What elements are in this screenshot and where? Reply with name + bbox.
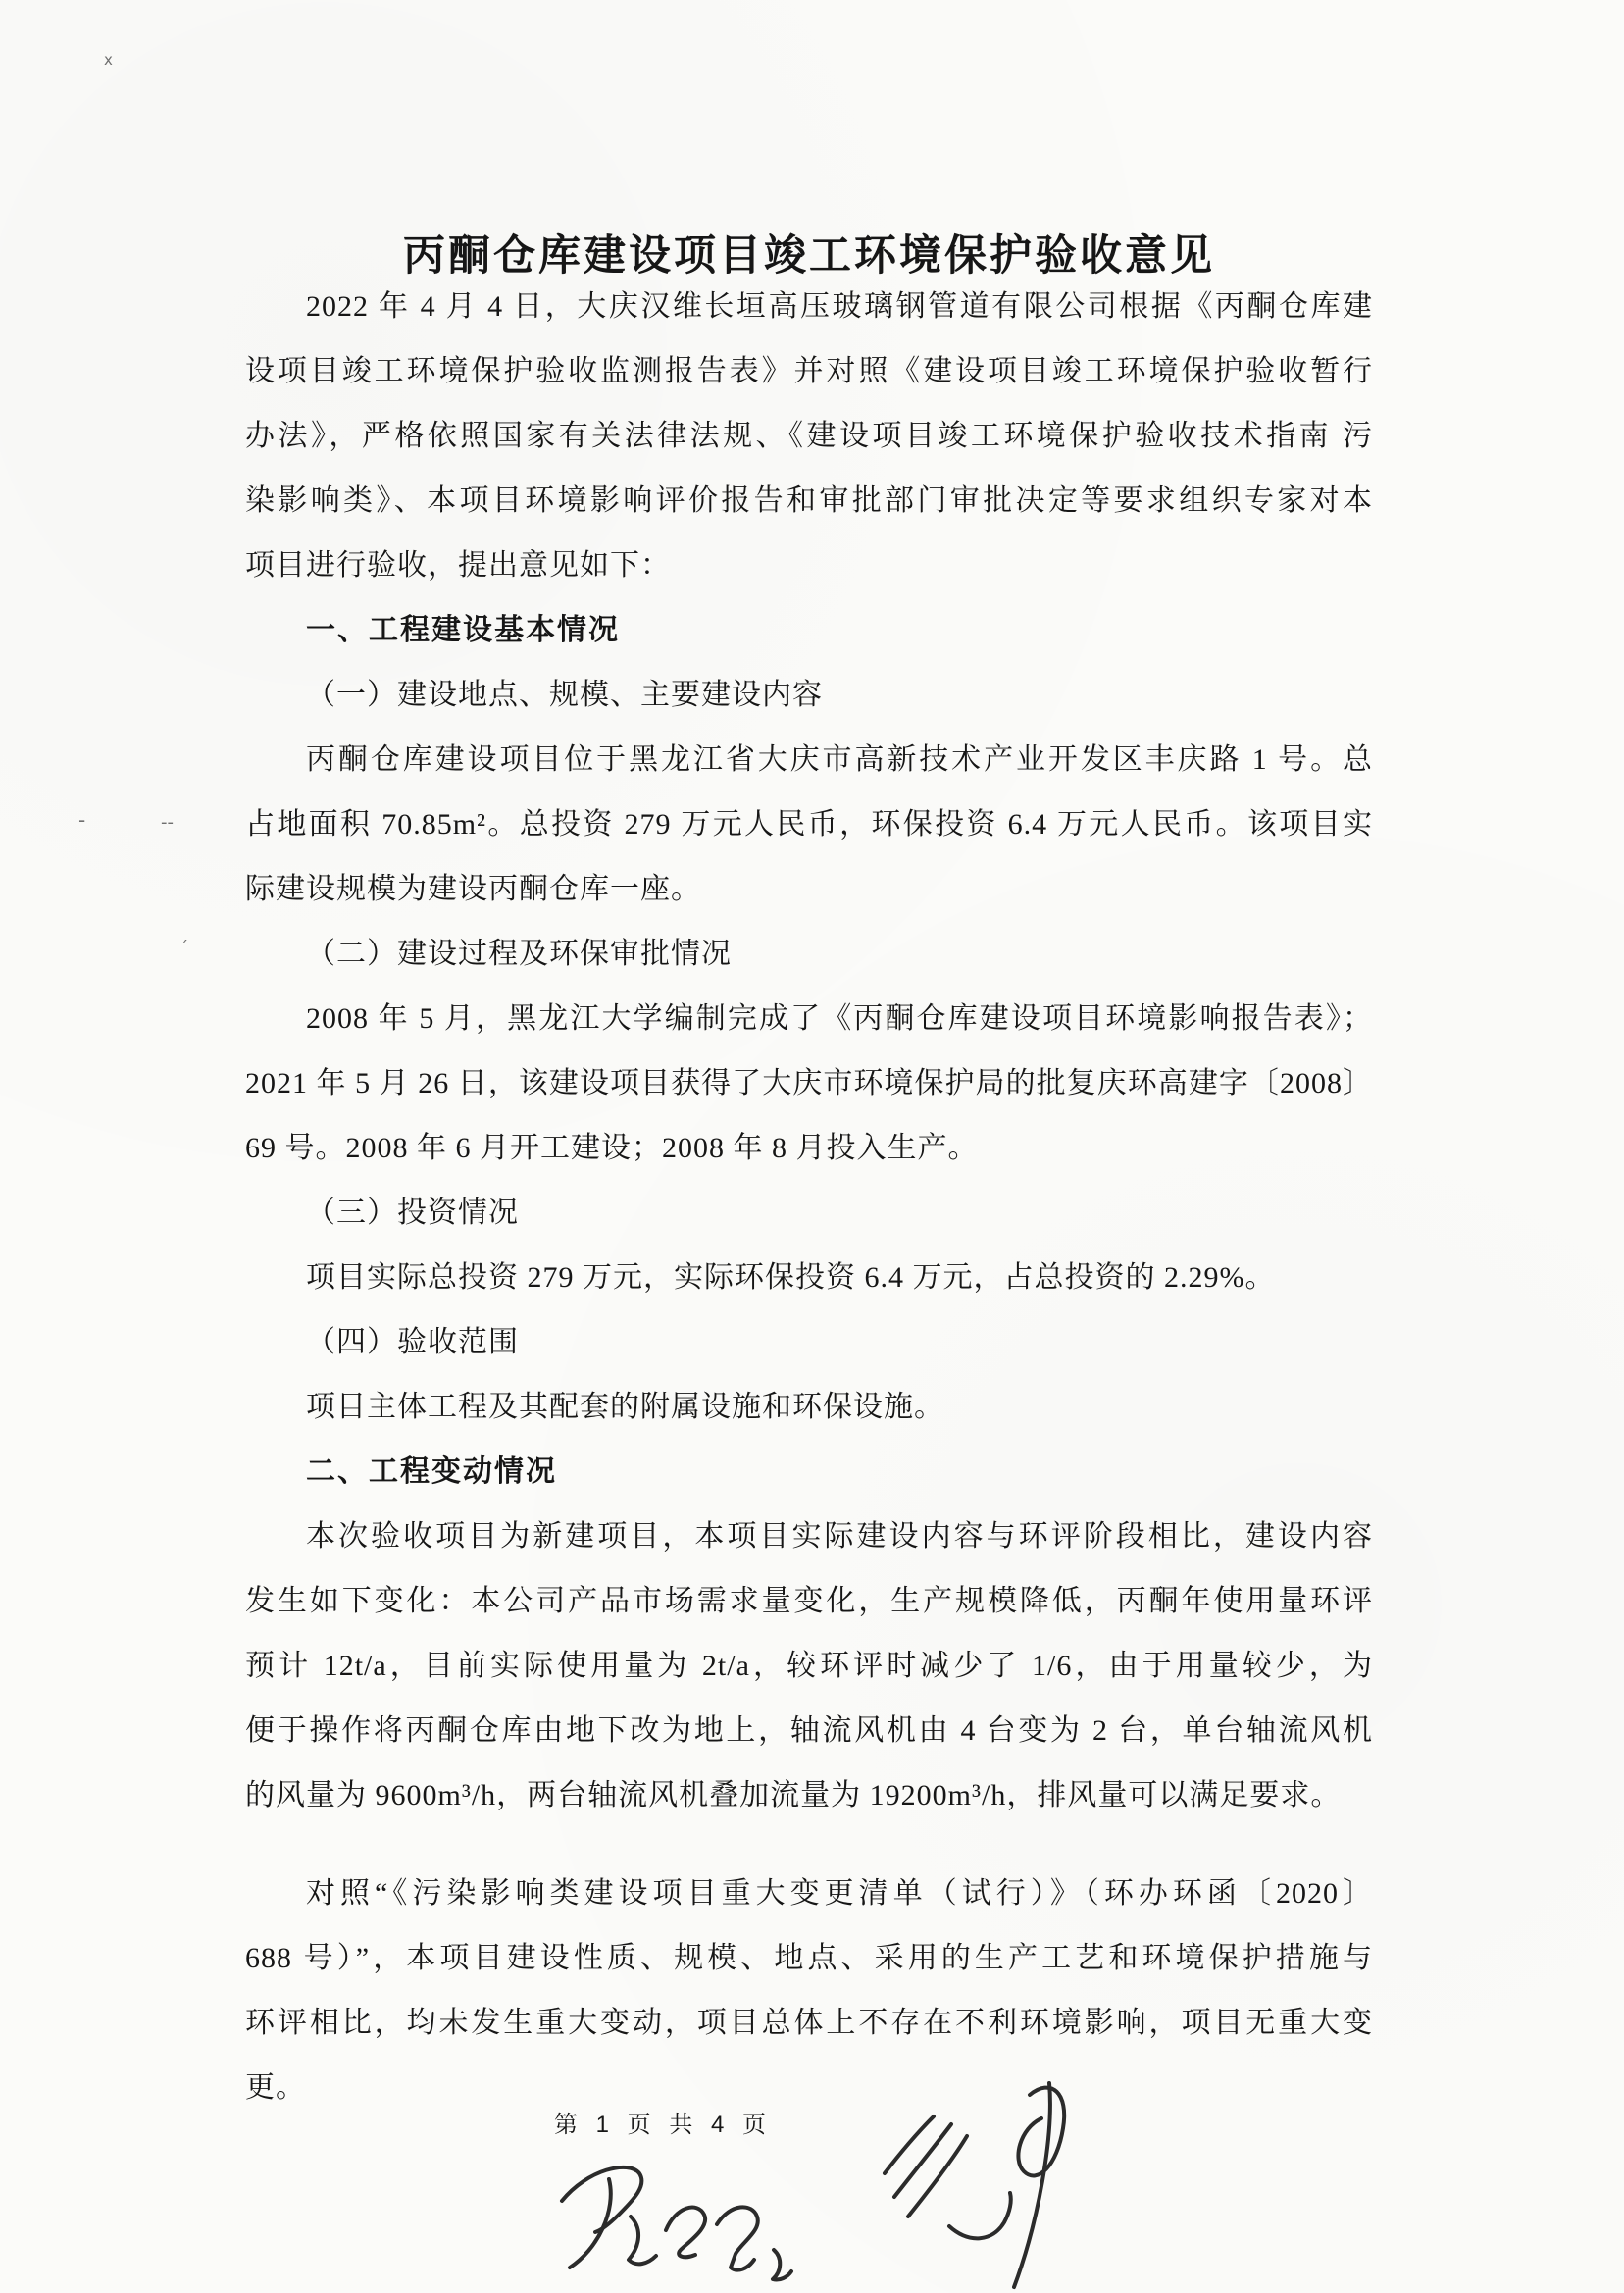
text-line: 本次验收项目为新建项目，本项目实际建设内容与环评阶段相比，建设内容 [245,1504,1373,1569]
text-line: 69 号。2008 年 6 月开工建设；2008 年 8 月投入生产。 [245,1116,1373,1181]
text-line: 便于操作将丙酮仓库由地下改为地上，轴流风机由 4 台变为 2 台，单台轴流风机 [245,1699,1373,1763]
scan-artifact: ˏ [180,924,188,943]
handwritten-signature-left [544,2146,809,2293]
text-line: 2021 年 5 月 26 日，该建设项目获得了大庆市环境保护局的批复庆环高建字… [245,1051,1373,1116]
subsection-heading: （二）建设过程及环保审批情况 [245,922,1373,987]
section-heading: 二、工程变动情况 [245,1440,1373,1504]
document-body: 2022 年 4 月 4 日，大庆汉维长垣高压玻璃钢管道有限公司根据《丙酮仓库建… [245,275,1373,2120]
text-line: 发生如下变化：本公司产品市场需求量变化，生产规模降低，丙酮年使用量环评 [245,1569,1373,1634]
document-title: 丙酮仓库建设项目竣工环境保护验收意见 [245,223,1373,282]
subsection-heading: （三）投资情况 [245,1181,1373,1246]
text-line: 项目实际总投资 279 万元，实际环保投资 6.4 万元，占总投资的 2.29%… [245,1246,1373,1310]
text-line: 项目主体工程及其配套的附属设施和环保设施。 [245,1375,1373,1440]
signature-right-icon [855,2075,1100,2293]
section-heading: 一、工程建设基本情况 [245,598,1373,663]
page-number-footer: 第 1 页 共 4 页 [554,2105,772,2139]
scan-artifact: -- [161,812,174,833]
signature-left-icon [544,2146,809,2293]
text-line: 2008 年 5 月，黑龙江大学编制完成了《丙酮仓库建设项目环境影响报告表》； [245,987,1373,1051]
text-line: 更。 [245,2056,1373,2120]
subsection-heading: （一）建设地点、规模、主要建设内容 [245,663,1373,728]
scan-artifact: x [104,51,113,69]
text-line: 688 号）”，本项目建设性质、规模、地点、采用的生产工艺和环境保护措施与 [245,1926,1373,1991]
text-line: 对照“《污染影响类建设项目重大变更清单（试行）》（环办环函〔2020〕 [245,1861,1373,1926]
text-line: 设项目竣工环境保护验收监测报告表》并对照《建设项目竣工环境保护验收暂行 [245,339,1373,404]
text-line: 2022 年 4 月 4 日，大庆汉维长垣高压玻璃钢管道有限公司根据《丙酮仓库建 [245,275,1373,339]
text-line: 环评相比，均未发生重大变动，项目总体上不存在不利环境影响，项目无重大变 [245,1991,1373,2056]
scan-artifact: - [78,808,85,832]
text-line: 项目进行验收，提出意见如下： [245,534,1373,598]
text-line: 丙酮仓库建设项目位于黑龙江省大庆市高新技术产业开发区丰庆路 1 号。总 [245,728,1373,792]
text-line: 际建设规模为建设丙酮仓库一座。 [245,857,1373,922]
text-line: 占地面积 70.85m²。总投资 279 万元人民币，环保投资 6.4 万元人民… [245,792,1373,857]
subsection-heading: （四）验收范围 [245,1310,1373,1375]
text-line: 办法》，严格依照国家有关法律法规、《建设项目竣工环境保护验收技术指南 污 [245,404,1373,469]
text-line: 预计 12t/a，目前实际使用量为 2t/a，较环评时减少了 1/6，由于用量较… [245,1634,1373,1699]
text-line: 染影响类》、本项目环境影响评价报告和审批部门审批决定等要求组织专家对本 [245,469,1373,534]
text-line: 的风量为 9600m³/h，两台轴流风机叠加流量为 19200m³/h，排风量可… [245,1763,1373,1828]
handwritten-signature-right [855,2075,1100,2293]
